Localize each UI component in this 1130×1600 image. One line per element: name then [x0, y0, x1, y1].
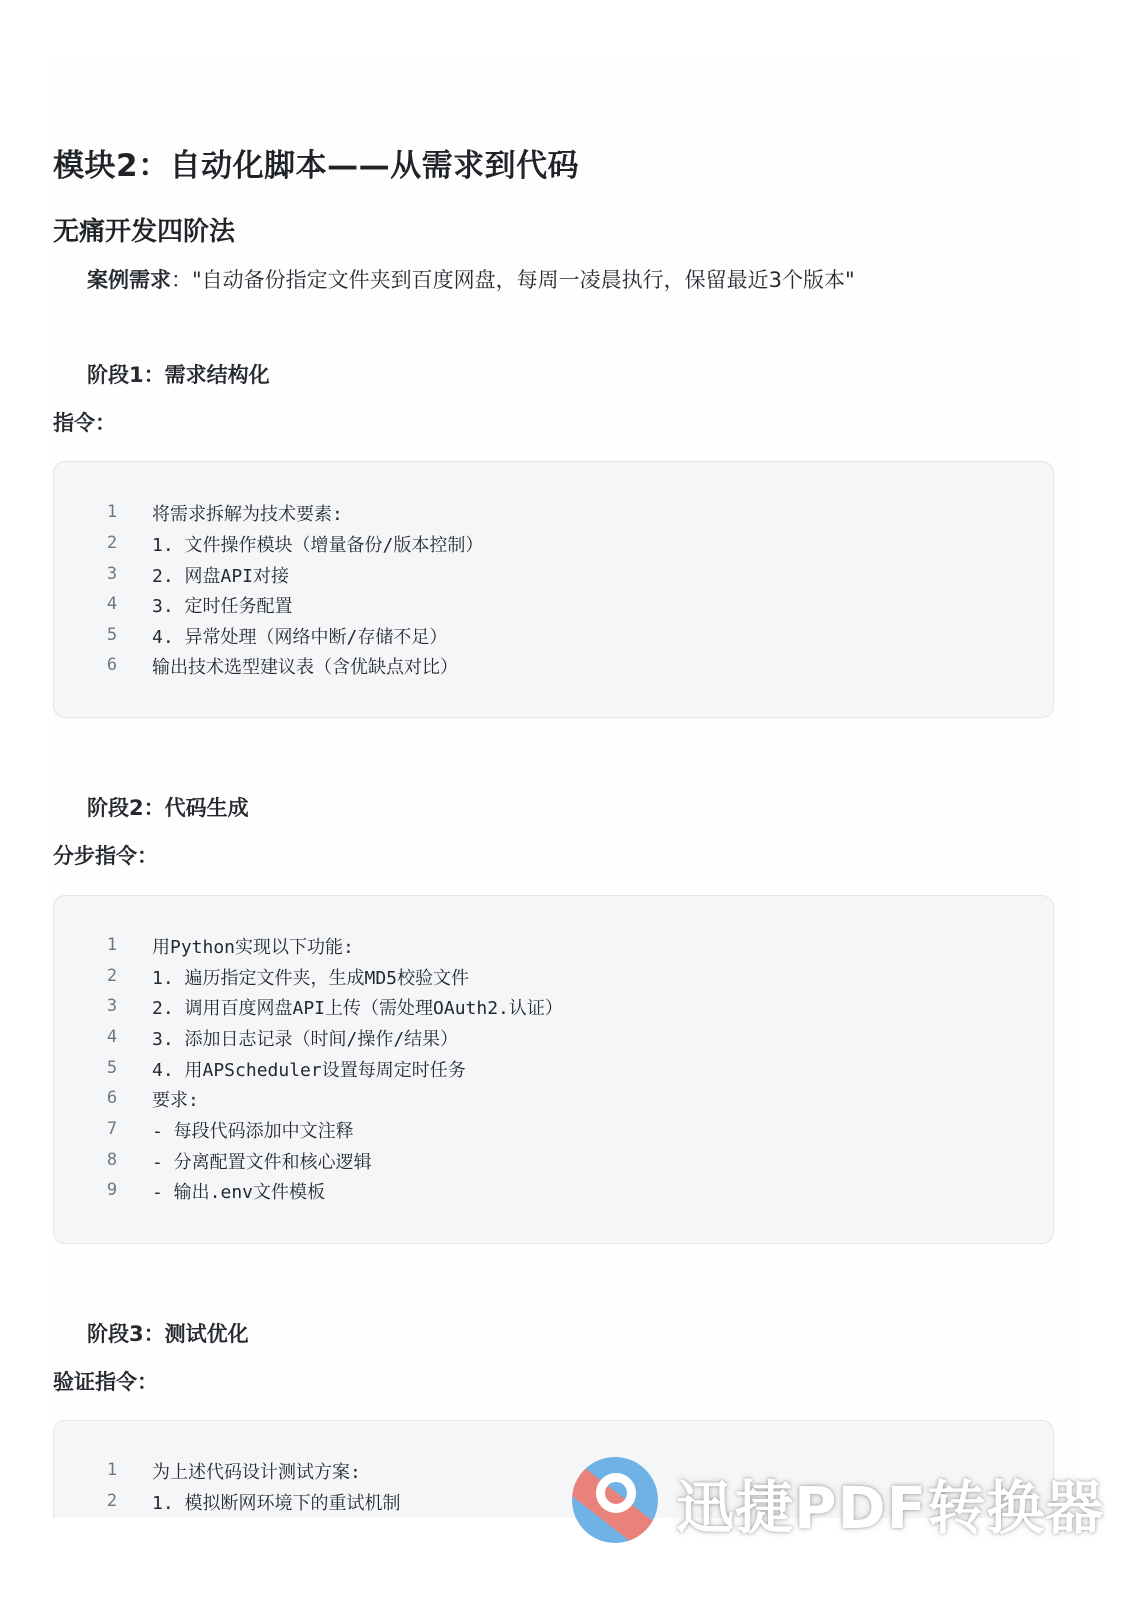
stage-2-instruction-label: 分步指令： — [53, 840, 158, 870]
stage-1-title: 阶段1：需求结构化 — [87, 359, 270, 389]
code-line: 54. 用APScheduler设置每周定时任务 — [54, 1054, 1053, 1085]
code-text: 4. 用APScheduler设置每周定时任务 — [152, 1056, 466, 1082]
code-line: 6要求: — [54, 1084, 1053, 1115]
code-text: 4. 异常处理（网络中断/存储不足） — [152, 623, 447, 649]
code-text: 1. 模拟断网环境下的重试机制 — [152, 1489, 401, 1515]
line-number: 1 — [97, 1460, 127, 1480]
logo-ring — [596, 1473, 636, 1513]
code-text: 1. 遍历指定文件夹，生成MD5校验文件 — [152, 964, 469, 990]
line-number: 9 — [97, 1180, 127, 1200]
xunjie-pdf-logo-icon — [572, 1457, 658, 1543]
code-text: 将需求拆解为技术要素: — [152, 500, 343, 526]
code-line: 21. 遍历指定文件夹，生成MD5校验文件 — [54, 962, 1053, 993]
case-text: ："自动备份指定文件夹到百度网盘，每周一凌晨执行，保留最近3个版本" — [171, 268, 855, 292]
code-line: 1用Python实现以下功能: — [54, 931, 1053, 962]
stage-2-title: 阶段2：代码生成 — [87, 792, 249, 822]
code-line: 43. 定时任务配置 — [54, 590, 1053, 621]
line-number: 6 — [97, 1088, 127, 1108]
code-text: 3. 添加日志记录（时间/操作/结果） — [152, 1025, 458, 1051]
code-line: 9- 输出.env文件模板 — [54, 1176, 1053, 1207]
code-text: - 分离配置文件和核心逻辑 — [152, 1148, 372, 1174]
watermark-text: 迅捷PDF转换器 — [676, 1461, 1104, 1545]
code-line: 1将需求拆解为技术要素: — [54, 498, 1053, 529]
code-text: 输出技术选型建议表（含优缺点对比） — [152, 653, 458, 679]
line-number: 3 — [97, 996, 127, 1016]
code-line: 32. 网盘API对接 — [54, 560, 1053, 591]
line-number: 2 — [97, 1491, 127, 1511]
code-text: 3. 定时任务配置 — [152, 592, 293, 618]
code-text: 1. 文件操作模块（增量备份/版本控制） — [152, 531, 483, 557]
code-text: 要求: — [152, 1086, 199, 1112]
code-line: 7- 每段代码添加中文注释 — [54, 1115, 1053, 1146]
document-page: 模块2：自动化脚本——从需求到代码 无痛开发四阶法 案例需求："自动备份指定文件… — [53, 55, 1078, 1518]
code-line: 8- 分离配置文件和核心逻辑 — [54, 1146, 1053, 1177]
line-number: 7 — [97, 1119, 127, 1139]
code-block-stage-1[interactable]: 1将需求拆解为技术要素: 21. 文件操作模块（增量备份/版本控制） 32. 网… — [53, 461, 1054, 718]
code-line: 32. 调用百度网盘API上传（需处理OAuth2.认证） — [54, 992, 1053, 1023]
line-number: 8 — [97, 1150, 127, 1170]
stage-3-title: 阶段3：测试优化 — [87, 1318, 249, 1348]
case-label: 案例需求 — [87, 268, 171, 292]
module-title: 模块2：自动化脚本——从需求到代码 — [53, 140, 579, 185]
line-number: 1 — [97, 502, 127, 522]
line-number: 6 — [97, 655, 127, 675]
code-line: 21. 文件操作模块（增量备份/版本控制） — [54, 529, 1053, 560]
stage-3-instruction-label: 验证指令： — [53, 1366, 158, 1396]
code-text: 2. 网盘API对接 — [152, 562, 289, 588]
line-number: 2 — [97, 533, 127, 553]
line-number: 5 — [97, 1058, 127, 1078]
line-number: 4 — [97, 1027, 127, 1047]
code-line: 54. 异常处理（网络中断/存储不足） — [54, 621, 1053, 652]
code-block-stage-2[interactable]: 1用Python实现以下功能: 21. 遍历指定文件夹，生成MD5校验文件 32… — [53, 895, 1054, 1244]
section-title: 无痛开发四阶法 — [53, 211, 235, 248]
code-line: 43. 添加日志记录（时间/操作/结果） — [54, 1023, 1053, 1054]
line-number: 2 — [97, 966, 127, 986]
line-number: 4 — [97, 594, 127, 614]
code-text: - 输出.env文件模板 — [152, 1178, 325, 1204]
code-text: 用Python实现以下功能: — [152, 933, 354, 959]
stage-1-instruction-label: 指令： — [53, 407, 116, 437]
code-text: 为上述代码设计测试方案: — [152, 1458, 361, 1484]
watermark: 迅捷PDF转换器 — [572, 1455, 1082, 1545]
line-number: 1 — [97, 935, 127, 955]
code-text: 2. 调用百度网盘API上传（需处理OAuth2.认证） — [152, 994, 563, 1020]
code-text: - 每段代码添加中文注释 — [152, 1117, 354, 1143]
line-number: 3 — [97, 564, 127, 584]
line-number: 5 — [97, 625, 127, 645]
code-line: 6输出技术选型建议表（含优缺点对比） — [54, 651, 1053, 682]
case-requirement: 案例需求："自动备份指定文件夹到百度网盘，每周一凌晨执行，保留最近3个版本" — [87, 264, 855, 294]
